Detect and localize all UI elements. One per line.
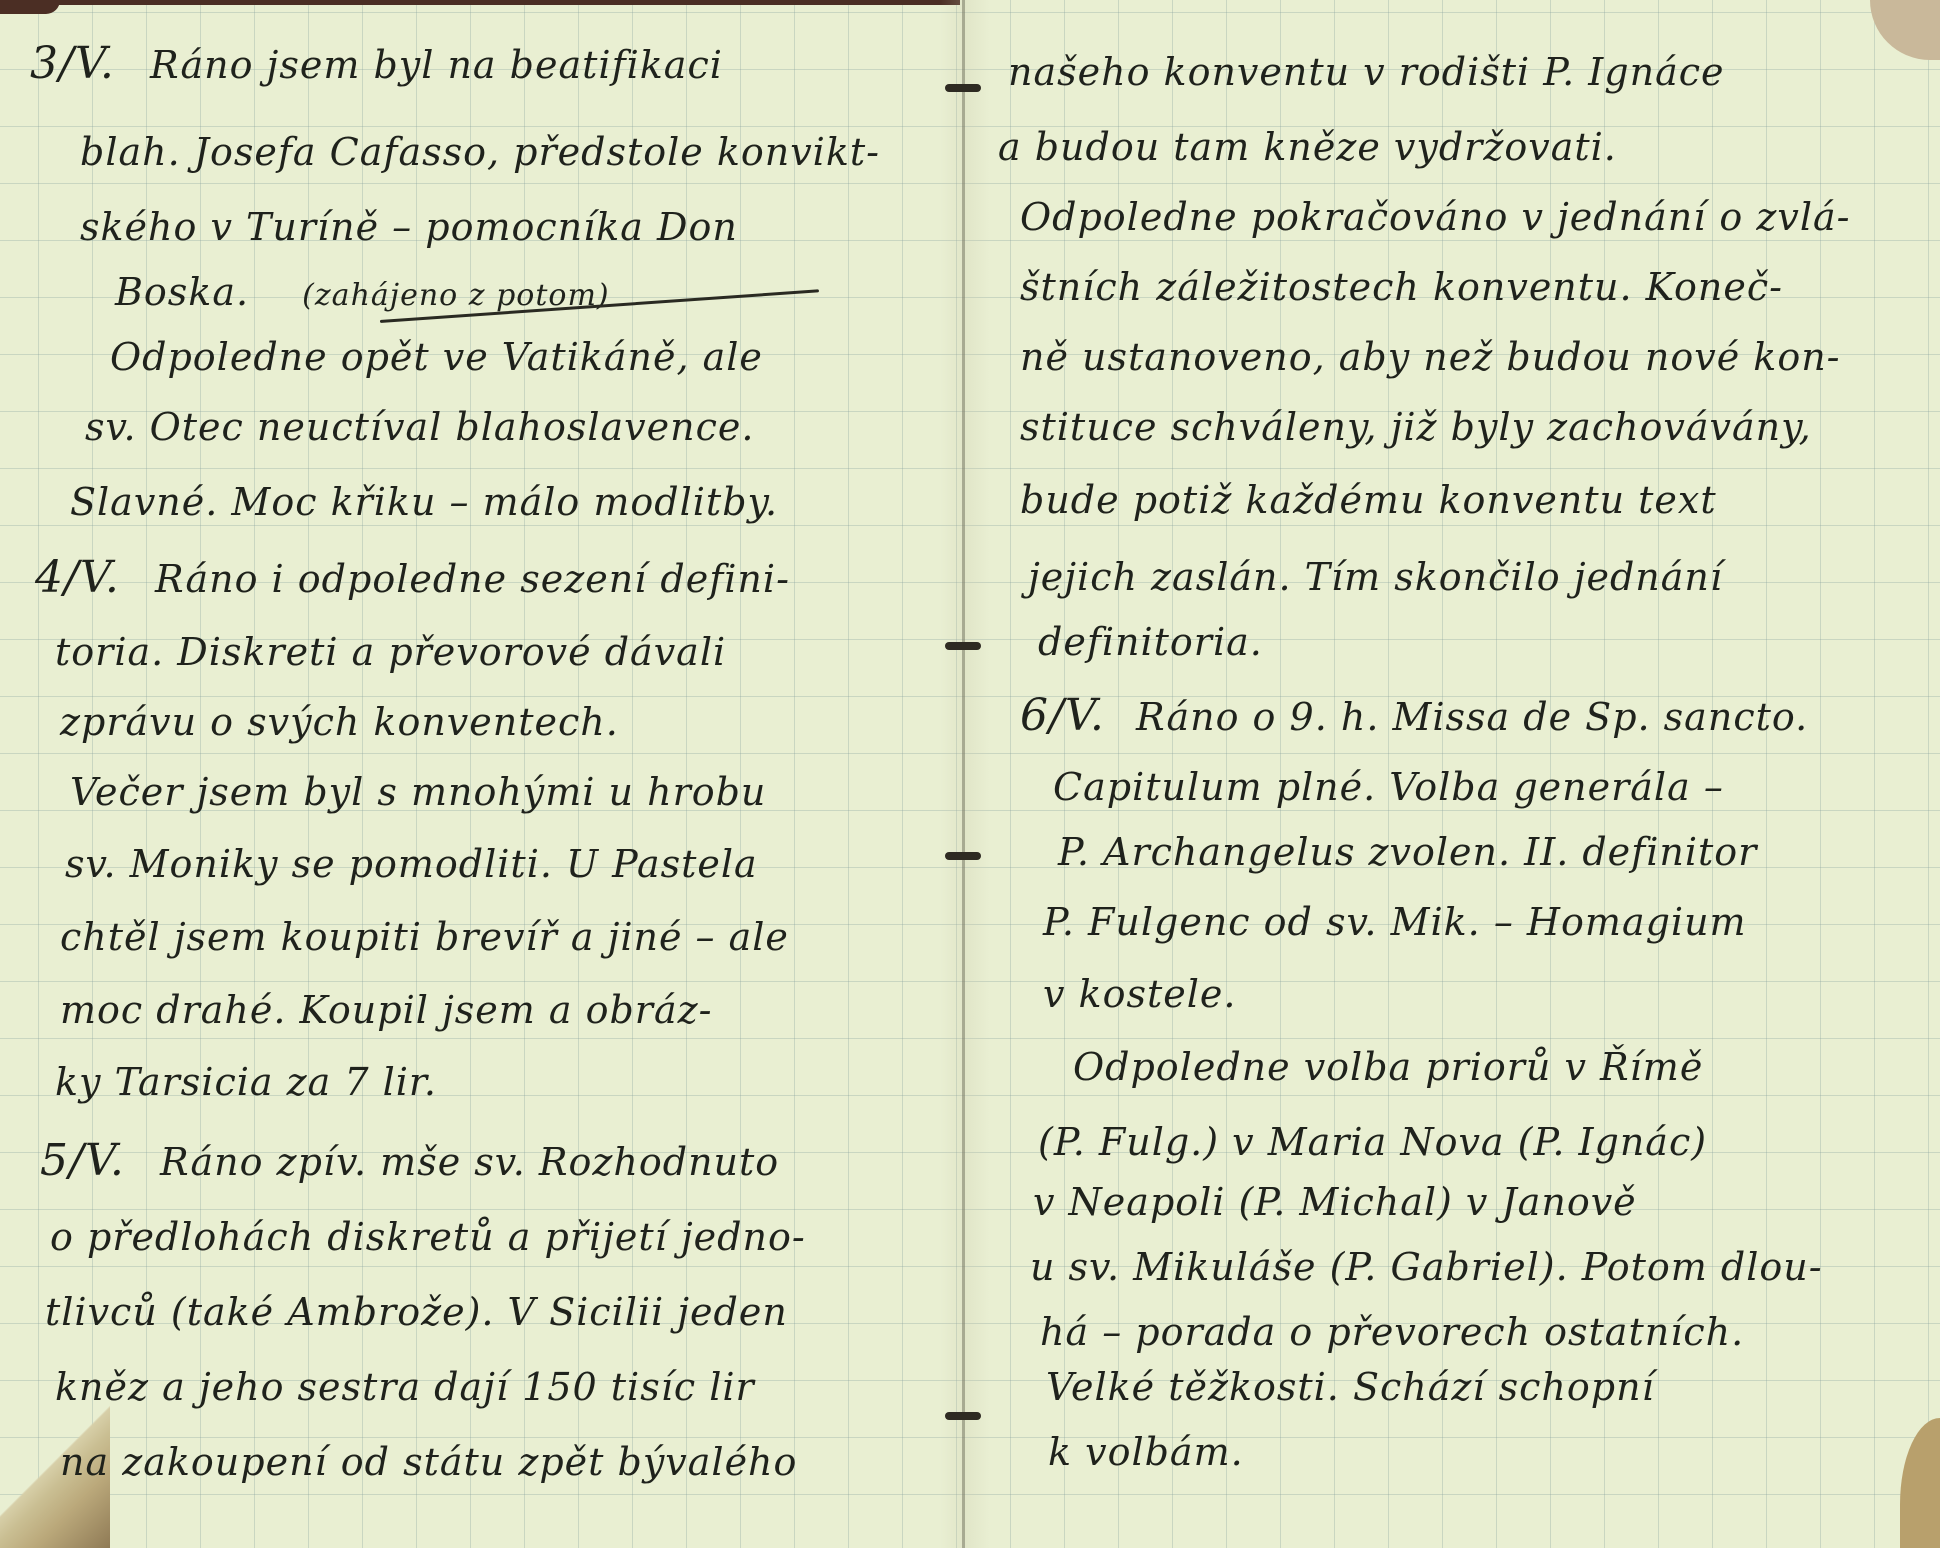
diary-line: definitoria.	[1038, 620, 1263, 664]
diary-line: Slavné. Moc křiku – málo modlitby.	[70, 480, 778, 524]
diary-line: sv. Otec neuctíval blahoslavence.	[85, 405, 754, 449]
diary-line: blah. Josefa Cafasso, předstole konvikt-	[80, 130, 880, 174]
diary-line: tlivců (také Ambrože). V Sicilii jeden	[45, 1290, 788, 1334]
diary-line: o předlohách diskretů a přijetí jedno-	[50, 1215, 806, 1259]
diary-line: P. Fulgenc od sv. Mik. – Homagium	[1043, 900, 1747, 944]
diary-line: (P. Fulg.) v Maria Nova (P. Ignác)	[1038, 1120, 1707, 1164]
diary-line: kněz a jeho sestra dají 150 tisíc lir	[55, 1365, 755, 1409]
diary-line: toria. Diskreti a převorové dávali	[55, 630, 726, 674]
diary-line: moc drahé. Koupil jsem a obráz-	[60, 988, 712, 1032]
diary-line: Odpoledne volba priorů v Římě	[1073, 1045, 1703, 1089]
notebook-spread: 3/V. Ráno jsem byl na beatifikaci blah. …	[0, 0, 1940, 1548]
diary-line: v kostele.	[1043, 972, 1236, 1016]
left-page: 3/V. Ráno jsem byl na beatifikaci blah. …	[0, 0, 960, 1548]
diary-line: a budou tam kněze vydržovati.	[998, 125, 1617, 169]
binding-spine	[962, 0, 965, 1548]
diary-line: našeho konventu v rodišti P. Ignáce	[1008, 50, 1725, 94]
diary-line: Velké těžkosti. Schází schopní	[1046, 1365, 1655, 1409]
diary-line: 6/V. Ráno o 9. h. Missa de Sp. sancto.	[1020, 690, 1808, 741]
diary-line: Odpoledne pokračováno v jednání o zvlá-	[1020, 195, 1851, 239]
entry-date: 4/V.	[35, 552, 120, 603]
diary-line: štních záležitostech konventu. Koneč-	[1020, 265, 1783, 309]
diary-line: 3/V. Ráno jsem byl na beatifikaci	[30, 38, 723, 89]
diary-line: sv. Moniky se pomodliti. U Pastela	[65, 842, 758, 886]
diary-line: jejich zaslán. Tím skončilo jednání	[1028, 555, 1723, 599]
diary-line: Odpoledne opět ve Vatikáně, ale	[110, 335, 763, 379]
diary-line: ského v Turíně – pomocníka Don	[80, 205, 738, 249]
entry-date: 3/V.	[30, 38, 115, 89]
diary-line: ky Tarsicia za 7 lir.	[55, 1060, 437, 1104]
diary-line: v Neapoli (P. Michal) v Janově	[1033, 1180, 1637, 1224]
diary-line: u sv. Mikuláše (P. Gabriel). Potom dlou-	[1030, 1245, 1823, 1289]
diary-line: na zakoupení od státu zpět bývalého	[60, 1440, 797, 1484]
diary-line: ně ustanoveno, aby než budou nové kon-	[1020, 335, 1841, 379]
diary-line: P. Archangelus zvolen. II. definitor	[1058, 830, 1757, 874]
diary-line: 5/V. Ráno zpív. mše sv. Rozhodnuto	[40, 1135, 779, 1186]
entry-date: 6/V.	[1020, 690, 1105, 741]
diary-line: 4/V. Ráno i odpoledne sezení defini-	[35, 552, 790, 603]
diary-line: zprávu o svých konventech.	[60, 700, 619, 744]
diary-line: Večer jsem byl s mnohými u hrobu	[70, 770, 766, 814]
diary-line: stituce schváleny, již byly zachovávány,	[1020, 405, 1812, 449]
entry-date: 5/V.	[40, 1135, 125, 1186]
diary-line: bude potiž každému konventu text	[1020, 478, 1717, 522]
right-page: našeho konventu v rodišti P. Ignáce a bu…	[968, 0, 1940, 1548]
diary-line: Capitulum plné. Volba generála –	[1053, 765, 1724, 809]
diary-line: chtěl jsem koupiti brevíř a jiné – ale	[60, 915, 789, 959]
diary-line: há – porada o převorech ostatních.	[1040, 1310, 1744, 1354]
diary-line: Boska. (zahájeno z potom)	[115, 270, 610, 314]
diary-line: k volbám.	[1048, 1430, 1244, 1474]
